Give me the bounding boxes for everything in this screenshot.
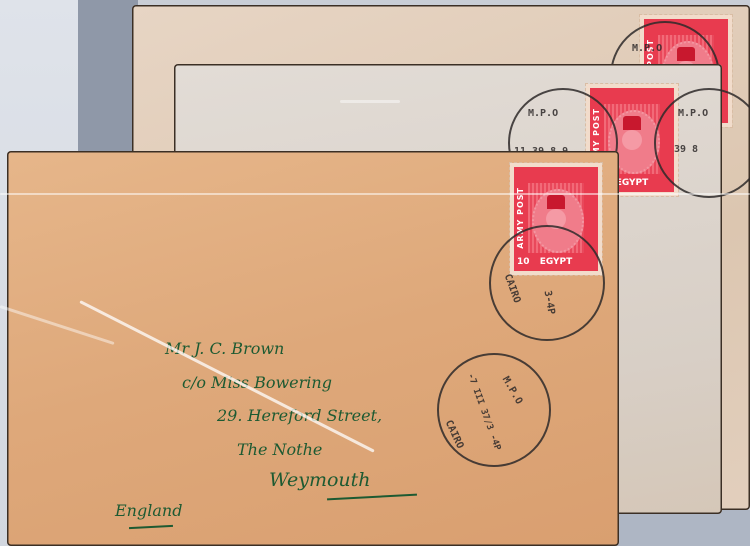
sleeve-glare-4	[340, 100, 400, 103]
sleeve-glare-1	[0, 193, 750, 195]
postmark-cairo-stamp: CAIRO 3-4P	[489, 225, 605, 341]
address-country: England	[115, 501, 182, 520]
postmark-mpo: M.P.O -7 III 37/3 -4P CAIRO	[437, 353, 551, 467]
address-line-4: The Nothe	[237, 440, 322, 459]
background-bottom	[600, 510, 750, 546]
background-mid	[78, 0, 138, 160]
envelope-front: ARMY POST 10 EGYPT CAIRO 3-4P M.P.O -7 I…	[7, 151, 619, 546]
underline-country	[129, 525, 173, 529]
underline-city	[327, 494, 417, 501]
address-line-5: Weymouth	[269, 469, 371, 491]
